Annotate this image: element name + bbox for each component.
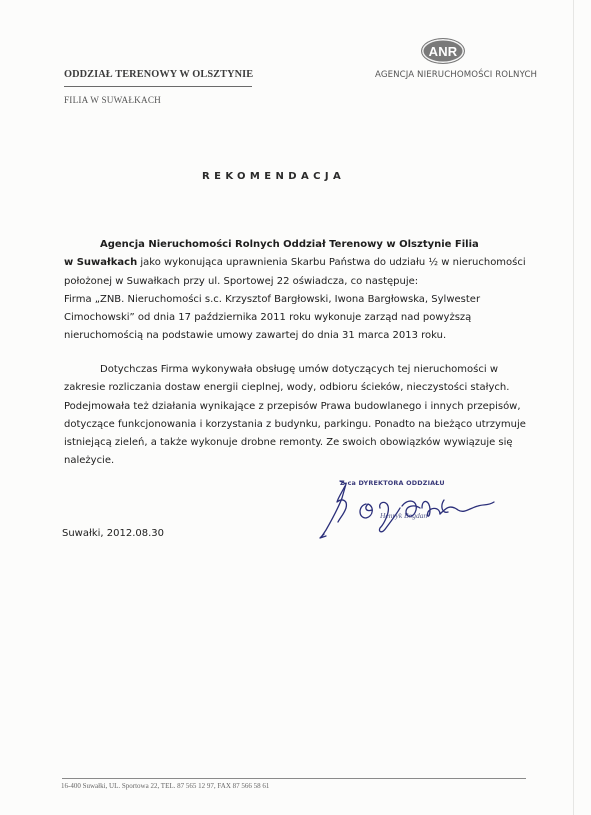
paragraph-line: Cimochowski” od dnia 17 października 201… [64,309,524,327]
logo-abbreviation: ANR [429,44,458,59]
paragraph-line: położonej w Suwałkach przy ul. Sportowej… [64,273,524,291]
letter-page: ODDZIAŁ TERENOWY W OLSZTYNIE FILIA W SUW… [0,0,591,815]
paragraph-line: Firma „ZNB. Nieruchomości s.c. Krzysztof… [64,291,524,309]
agency-name: AGENCJA NIERUCHOMOŚCI ROLNYCH [375,70,537,80]
paragraph-line: dotyczące funkcjonowania i korzystania z… [64,416,524,434]
office-name: ODDZIAŁ TERENOWY W OLSZTYNIE [64,69,252,80]
footer-contact: 16-400 Suwałki, UL. Sportowa 22, TEL. 87… [61,782,269,790]
paragraph-1: Agencja Nieruchomości Rolnych Oddział Te… [64,236,524,346]
handwritten-signature-icon [318,478,508,542]
paragraph-line: zakresie rozliczania dostaw energii ciep… [64,379,524,397]
paragraph-line: Podejmowała też działania wynikające z p… [64,398,524,416]
paragraph-line: nieruchomością na podstawie umowy zawart… [64,327,524,345]
branch-name: FILIA W SUWAŁKACH [64,95,252,105]
paragraph-2: Dotychczas Firma wykonywała obsługę umów… [64,361,524,471]
paragraph-line: w Suwałkach jako wykonująca uprawnienia … [64,254,524,272]
paragraph-line: istniejącą zieleń, a także wykonuje drob… [64,434,524,452]
agency-bold-name: Agencja Nieruchomości Rolnych Oddział Te… [100,239,479,250]
letterhead-office: ODDZIAŁ TERENOWY W OLSZTYNIE FILIA W SUW… [64,69,252,105]
signature-block: Z-ca DYREKTORA ODDZIAŁU Henryk Bogdan [318,478,508,542]
paragraph-line: Agencja Nieruchomości Rolnych Oddział Te… [64,236,524,254]
anr-logo-icon: ANR [421,38,465,64]
header-divider [64,86,252,87]
paragraph-line: Dotychczas Firma wykonywała obsługę umów… [64,361,524,379]
document-title: REKOMENDACJA [202,171,345,182]
place-and-date: Suwałki, 2012.08.30 [62,528,164,539]
paragraph-line: należycie. [64,452,524,470]
location-bold: w Suwałkach [64,257,137,268]
line-text: jako wykonująca uprawnienia Skarbu Państ… [137,257,525,268]
scan-edge-line [573,0,574,815]
footer-divider [62,778,526,779]
